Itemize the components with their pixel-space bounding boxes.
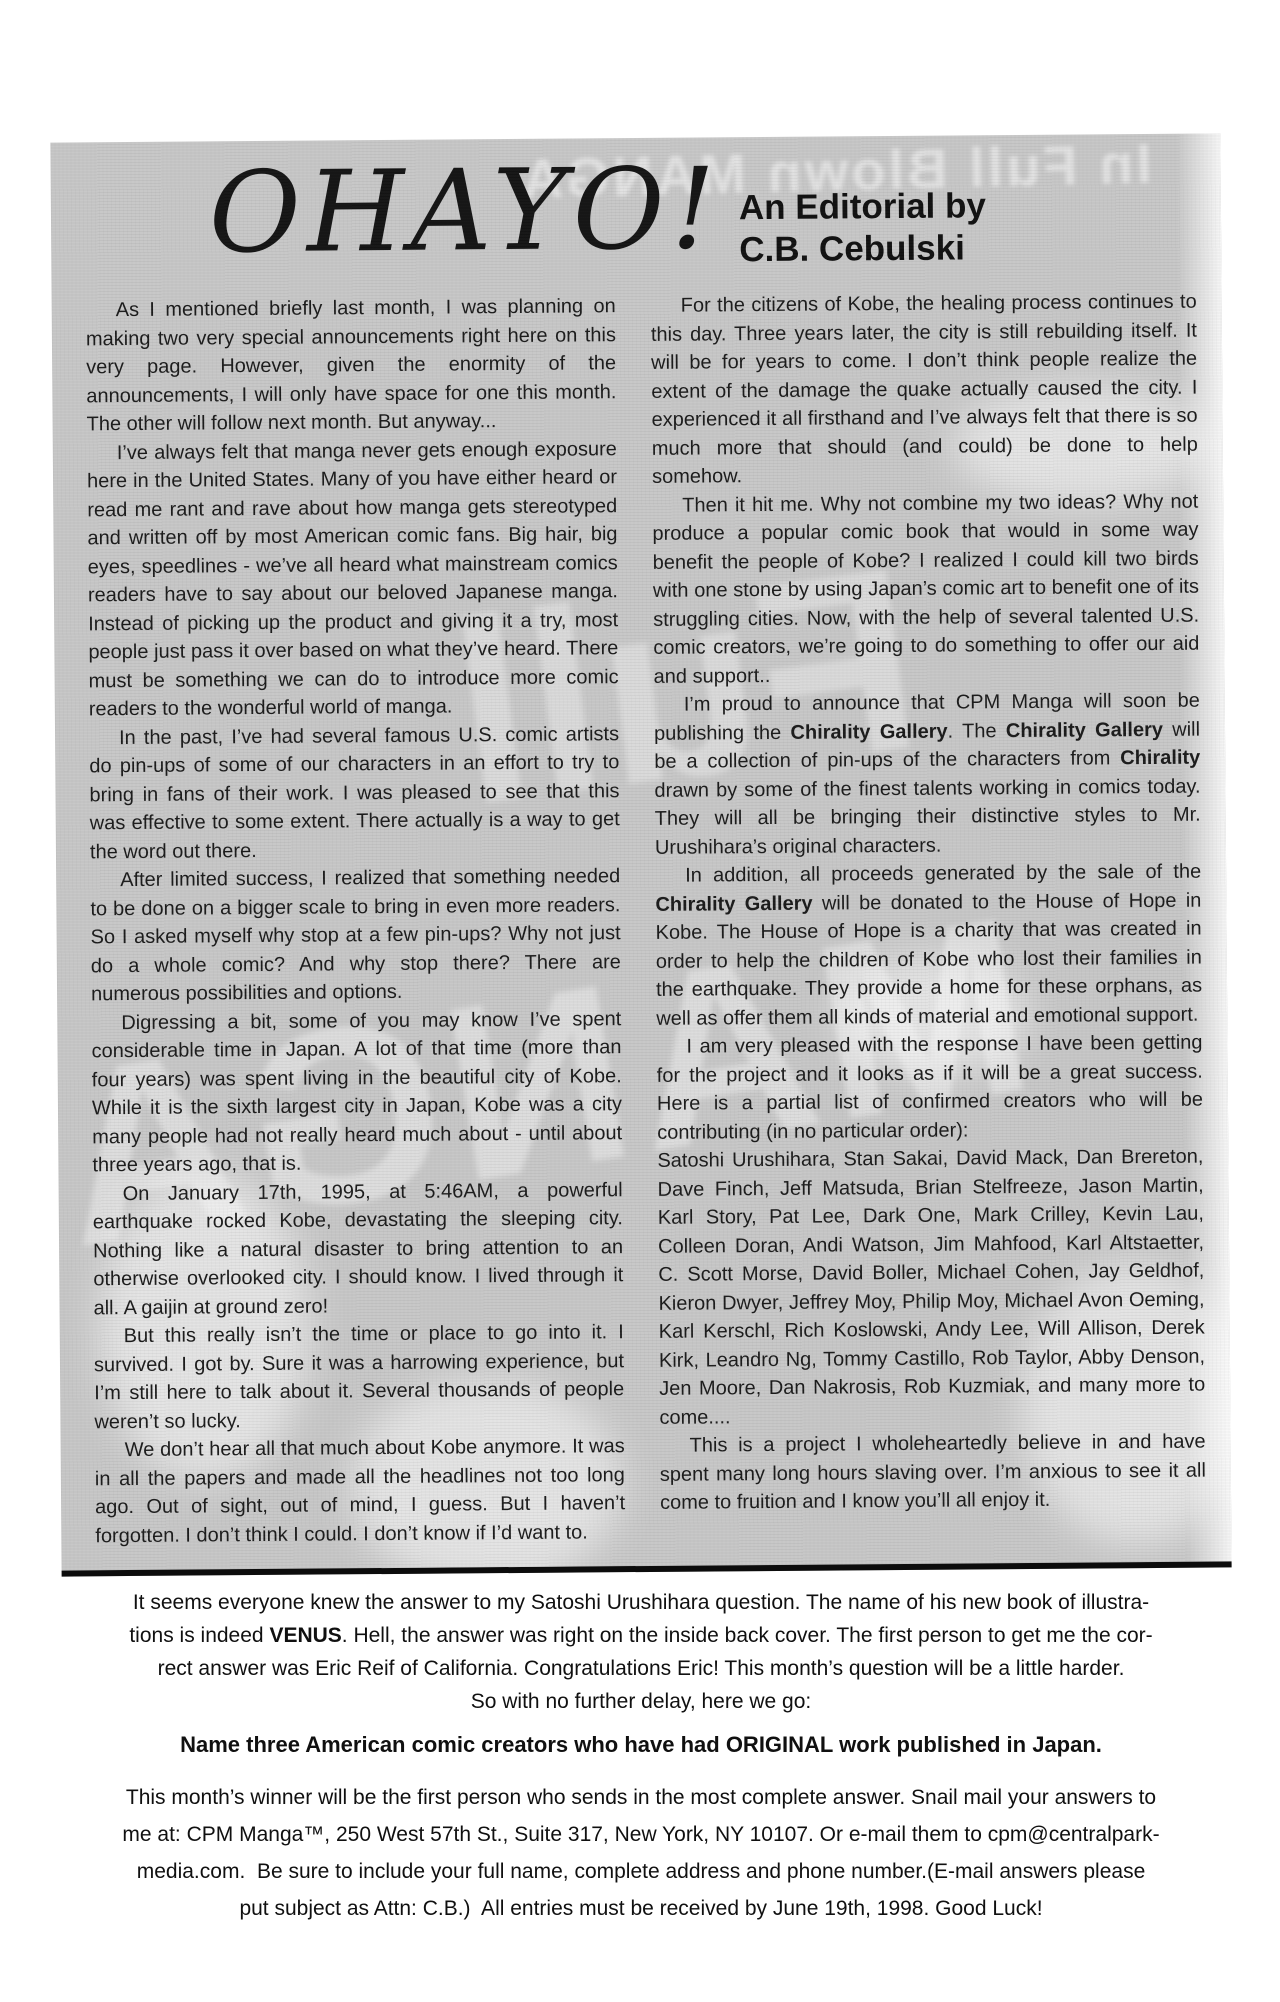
footer-line: me at: CPM Manga™, 250 West 57th St., Su…	[55, 1816, 1227, 1853]
paragraph: In the past, I’ve had several famous U.S…	[89, 720, 620, 867]
byline: An Editorial by C.B. Cebulski	[739, 185, 987, 271]
byline-line-2: C.B. Cebulski	[739, 227, 986, 271]
footer-line: media.com. Be sure to include your full …	[55, 1853, 1227, 1890]
paragraph: But this really isn’t the time or place …	[94, 1318, 625, 1436]
right-column: For the citizens of Kobe, the healing pr…	[651, 288, 1207, 1518]
footer-line: This month’s winner will be the first pe…	[55, 1779, 1227, 1816]
paragraph: This is a project I wholeheartedly belie…	[660, 1428, 1207, 1518]
paragraph: As I mentioned briefly last month, I was…	[86, 292, 617, 439]
contest-instructions: This month’s winner will be the first pe…	[55, 1779, 1227, 1927]
paragraph: I’m proud to announce that CPM Manga wil…	[654, 687, 1201, 862]
contest-question: Name three American comic creators who h…	[55, 1732, 1227, 1758]
left-column: As I mentioned briefly last month, I was…	[86, 292, 626, 1550]
paragraph: Digressing a bit, some of you may know I…	[91, 1005, 622, 1180]
footer-line: tions is indeed VENUS. Hell, the answer …	[55, 1619, 1227, 1652]
contest-intro: It seems everyone knew the answer to my …	[55, 1586, 1227, 1718]
byline-line-1: An Editorial by	[739, 185, 986, 229]
footer-line: rect answer was Eric Reif of California.…	[55, 1652, 1227, 1685]
paragraph: Satoshi Urushihara, Stan Sakai, David Ma…	[657, 1143, 1205, 1432]
footer-line: put subject as Attn: C.B.) All entries m…	[55, 1890, 1227, 1927]
paragraph: For the citizens of Kobe, the healing pr…	[651, 288, 1199, 492]
editorial-title: OHAYO!	[208, 151, 722, 273]
paragraph: I am very pleased with the response I ha…	[656, 1029, 1203, 1147]
paragraph: I’ve always felt that manga never gets e…	[87, 435, 619, 724]
footer-line: So with no further delay, here we go:	[55, 1685, 1227, 1718]
footer-line: It seems everyone knew the answer to my …	[55, 1586, 1227, 1619]
scanned-editorial-page: In Full Blown MANGA Full MANGA OHAYO! An…	[50, 133, 1231, 1576]
paragraph: After limited success, I realized that s…	[90, 862, 621, 1009]
page: { "scan": { "title": "OHAYO!", "byline1"…	[0, 0, 1280, 2002]
paragraph: Then it hit me. Why not combine my two i…	[652, 487, 1200, 691]
paragraph: On January 17th, 1995, at 5:46AM, a powe…	[93, 1176, 624, 1323]
paragraph: In addition, all proceeds generated by t…	[655, 858, 1202, 1033]
paragraph: We don’t hear all that much about Kobe a…	[95, 1432, 626, 1550]
